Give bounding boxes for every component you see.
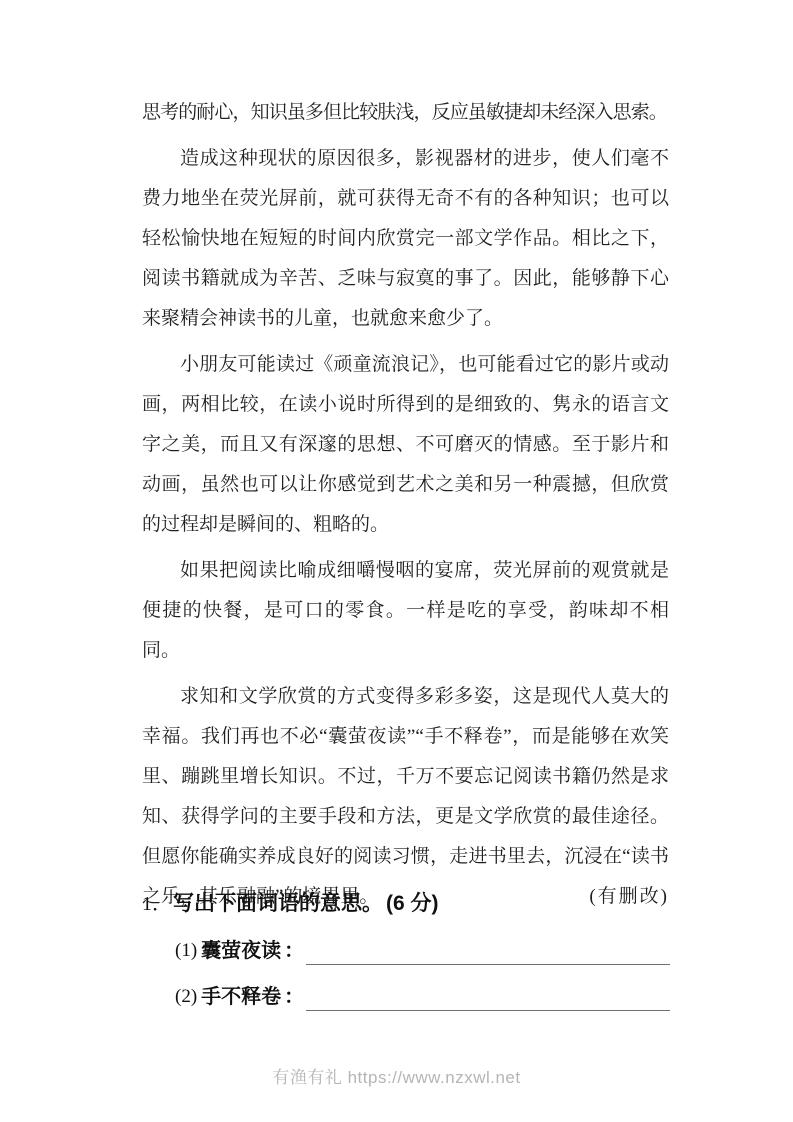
sub-item-label: (2) xyxy=(175,983,197,1011)
passage-paragraph-1: 思考的耐心，知识虽多但比较肤浅，反应虽敏捷却未经深入思索。 xyxy=(142,93,669,133)
vocabulary-term: 手不释卷 xyxy=(201,983,281,1011)
question-1-heading: 1． 写出下面词语的意思。 (6 分) xyxy=(142,889,670,919)
question-score: (6 分) xyxy=(386,889,439,919)
question-number: 1． xyxy=(142,889,172,919)
passage-paragraph-2: 造成这种现状的原因很多，影视器材的进步，使人们毫不费力地坐在荧光屏前，就可获得无… xyxy=(142,139,669,339)
colon-separator: ： xyxy=(284,983,304,1011)
question-1-sub-item-2: (2) 手不释卷 ： xyxy=(175,983,670,1011)
question-1-sub-item-1: (1) 囊萤夜读 ： xyxy=(175,937,670,965)
questions-section: 1． 写出下面词语的意思。 (6 分) (1) 囊萤夜读 ： (2) 手不释卷 … xyxy=(142,889,670,1011)
passage-paragraph-3: 小朋友可能读过《顽童流浪记》，也可能看过它的影片或动画，两相比较，在读小说时所得… xyxy=(142,345,669,545)
worksheet-page: 思考的耐心，知识虽多但比较肤浅，反应虽敏捷却未经深入思索。 造成这种现状的原因很… xyxy=(0,0,793,1122)
passage-paragraph-4: 如果把阅读比喻成细嚼慢咽的宴席，荧光屏前的观赏就是便捷的快餐，是可口的零食。一样… xyxy=(142,551,669,671)
answer-blank-line[interactable] xyxy=(306,939,670,965)
vocabulary-term: 囊萤夜读 xyxy=(201,937,281,965)
answer-blank-line[interactable] xyxy=(306,985,670,1011)
footer-watermark: 有渔有礼 https://www.nzxwl.net xyxy=(0,1063,793,1088)
reading-passage: 思考的耐心，知识虽多但比较肤浅，反应虽敏捷却未经深入思索。 造成这种现状的原因很… xyxy=(142,93,669,917)
sub-item-label: (1) xyxy=(175,937,197,965)
colon-separator: ： xyxy=(284,937,304,965)
question-text: 写出下面词语的意思。 xyxy=(173,889,383,919)
